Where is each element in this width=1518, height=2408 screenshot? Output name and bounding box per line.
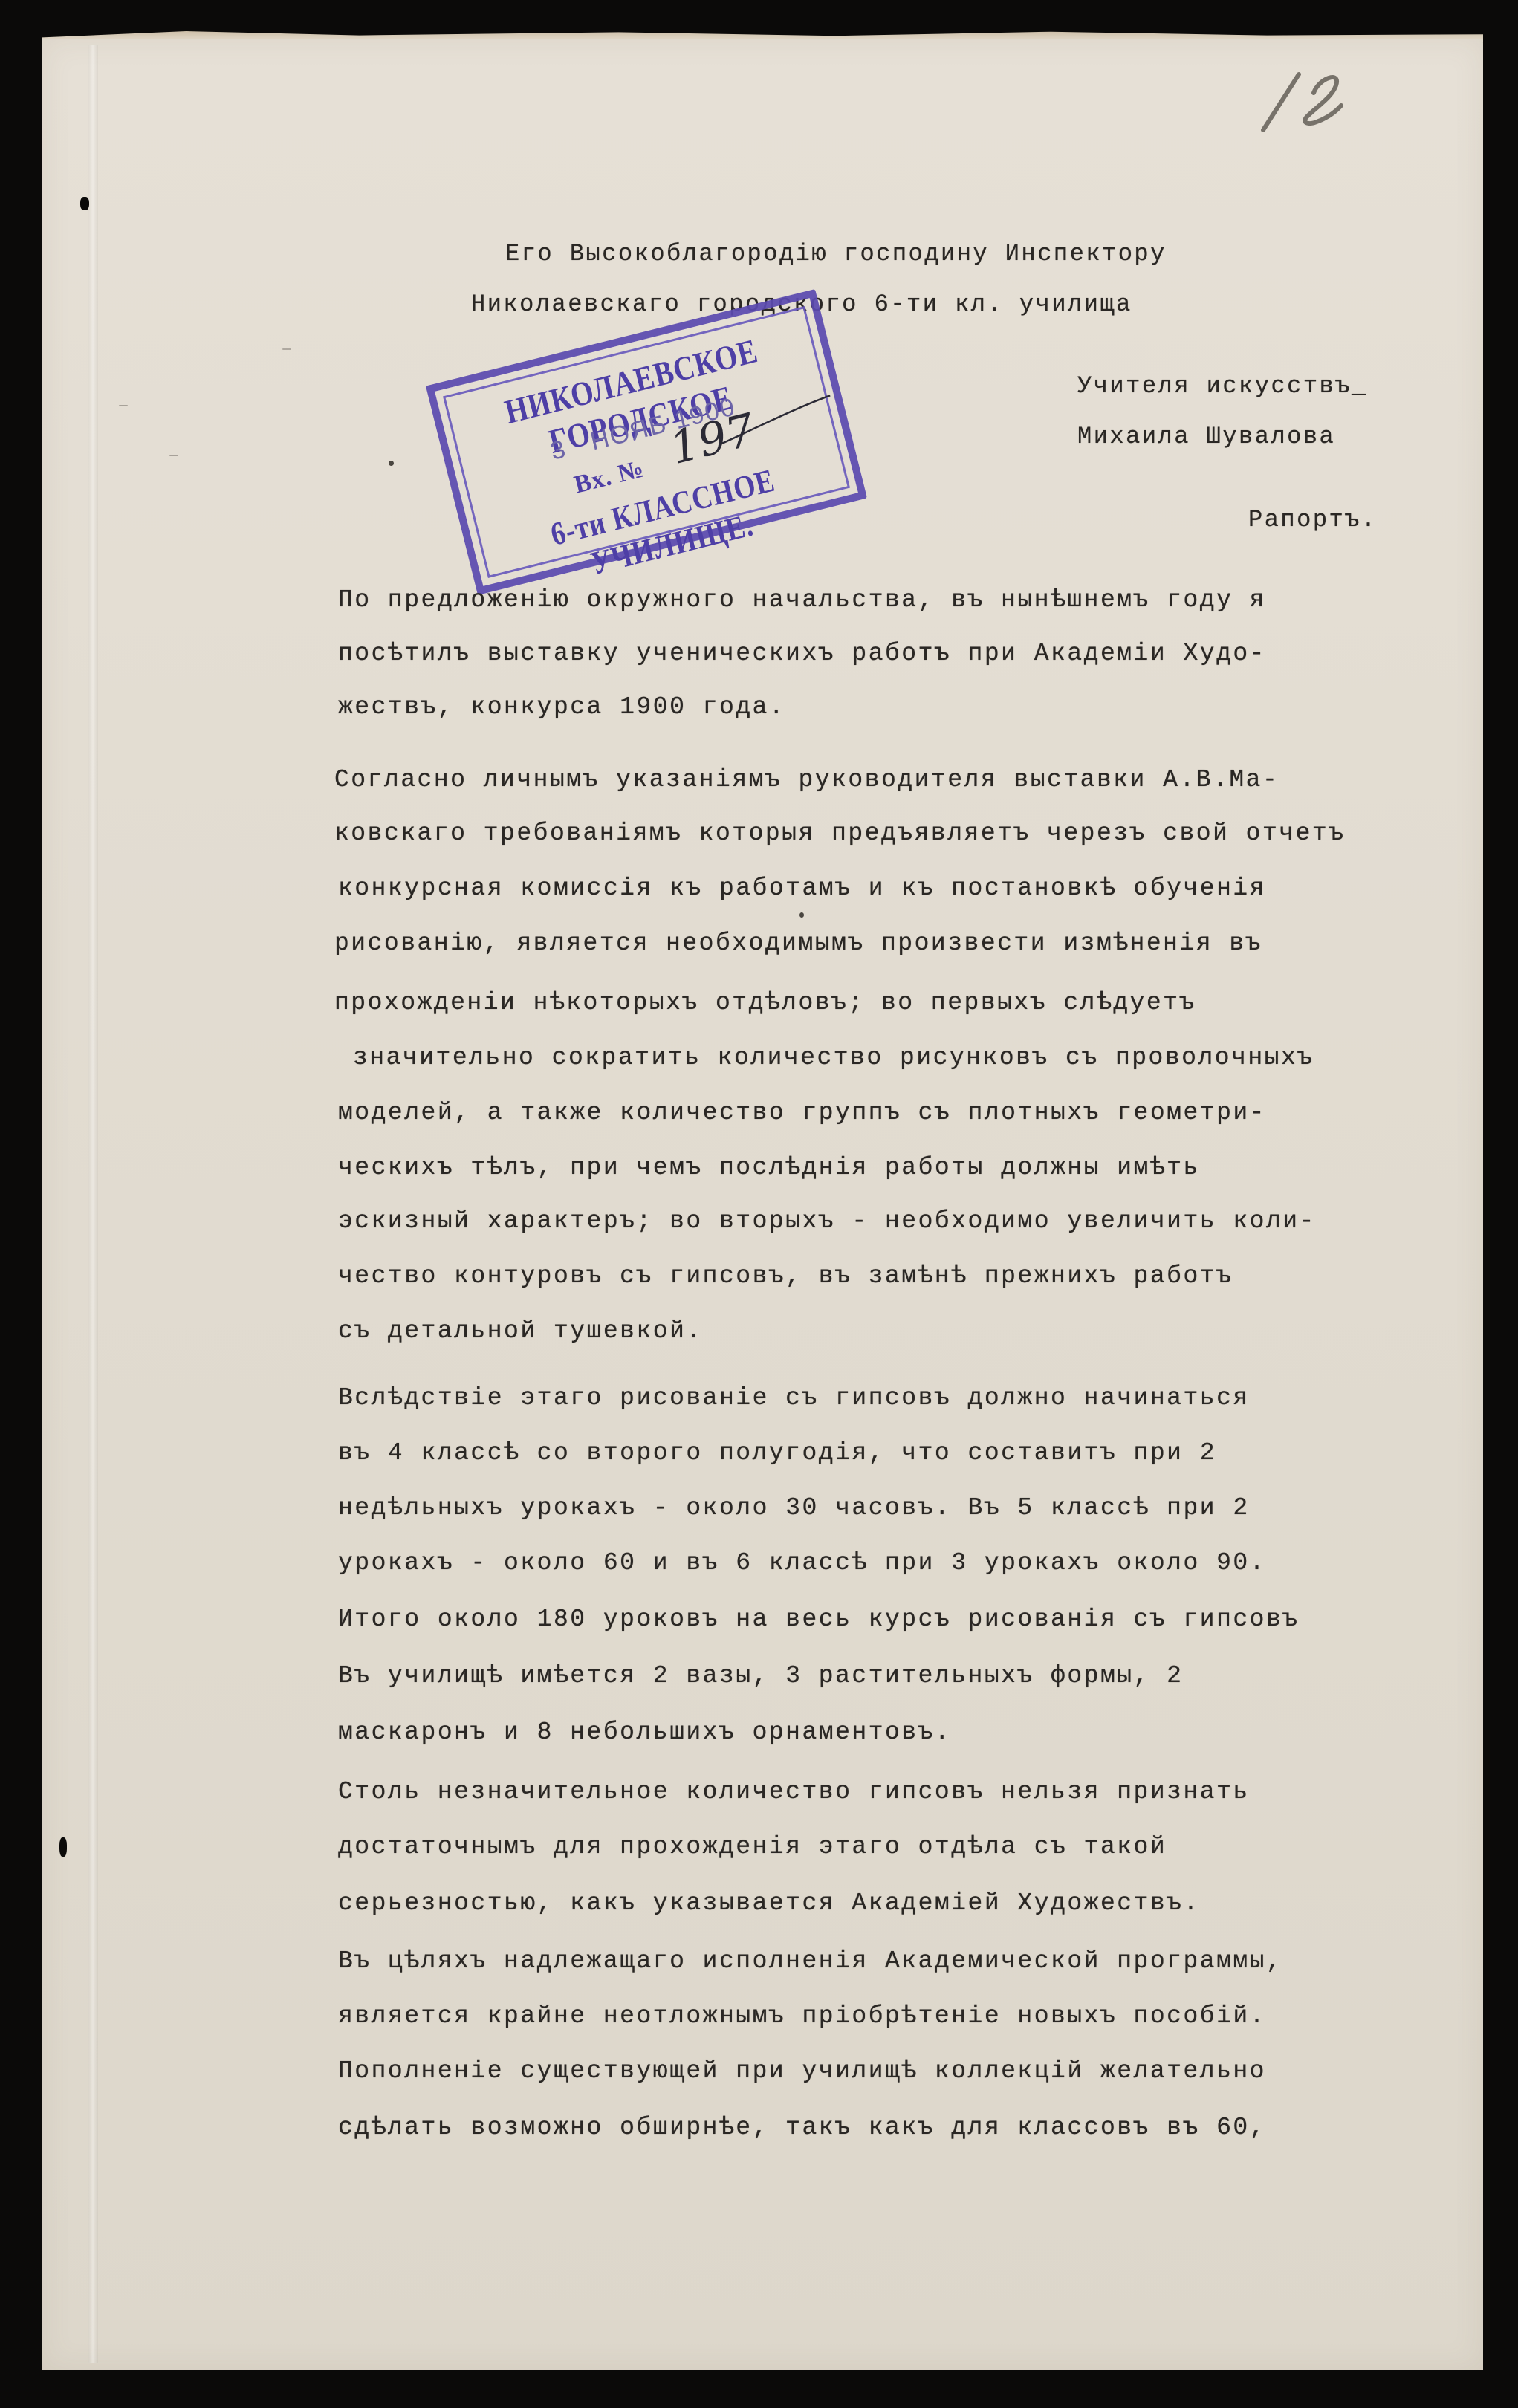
body-line: достаточнымъ для прохожденія этаго отдѣл… [338, 1832, 1167, 1862]
body-line: По предложенію окружного начальства, въ … [338, 585, 1266, 615]
body-line: сдѣлать возможно обширнѣе, такъ какъ для… [338, 2113, 1266, 2143]
ink-speck [799, 912, 804, 918]
body-line: Вслѣдствіе этаго рисованіе съ гипсовъ до… [338, 1383, 1250, 1413]
body-line: эскизный характеръ; во вторыхъ - необход… [338, 1207, 1316, 1236]
folio-number: 12 [1248, 59, 1352, 141]
ink-speck [169, 455, 178, 456]
body-line: чество контуровъ съ гипсовъ, въ замѣнѣ п… [338, 1262, 1233, 1291]
sender-title: Учителя искусствъ_ [1077, 371, 1368, 401]
body-line: моделей, а также количество группъ съ пл… [338, 1098, 1266, 1128]
stamp-date-day: 3 [548, 435, 569, 466]
body-line: жествъ, конкурса 1900 года. [338, 692, 785, 722]
body-line: Итого около 180 уроковъ на весь курсъ ри… [338, 1605, 1300, 1635]
ink-speck [389, 461, 394, 466]
body-line: является крайне неотложнымъ пріобрѣтеніе… [338, 2002, 1266, 2031]
body-line: съ детальной тушевкой. [338, 1317, 703, 1346]
body-line: прохожденіи нѣкоторыхъ отдѣловъ; во перв… [334, 988, 1196, 1018]
body-line: посѣтилъ выставку ученическихъ работъ пр… [338, 639, 1266, 669]
body-line: Согласно личнымъ указаніямъ руководителя… [334, 765, 1279, 795]
body-line: Столь незначительное количество гипсовъ … [338, 1777, 1250, 1807]
body-line: значительно сократить количество рисунко… [353, 1043, 1314, 1073]
ink-speck [119, 405, 128, 406]
body-line: рисованію, является необходимымъ произве… [334, 929, 1262, 958]
body-line: Въ училищѣ имѣется 2 вазы, 3 растительны… [338, 1661, 1183, 1691]
body-line: урокахъ - около 60 и въ 6 классѣ при 3 у… [338, 1548, 1266, 1578]
body-line: Пополненіе существующей при училищѣ колл… [338, 2057, 1266, 2086]
body-line: ковскаго требованіямъ которыя предъявляе… [334, 819, 1346, 848]
page-fold [88, 45, 98, 2363]
body-line: маскаронъ и 8 небольшихъ орнаментовъ. [338, 1718, 951, 1747]
sender-name: Михаила Шувалова [1077, 422, 1335, 452]
body-line: Въ цѣляхъ надлежащаго исполненія Академи… [338, 1947, 1282, 1976]
binding-hole-icon [59, 1837, 67, 1857]
body-line: конкурсная комиссія къ работамъ и къ пос… [338, 874, 1266, 903]
ink-speck [282, 348, 291, 350]
addressee-line-1: Его Высокоблагородію господину Инспектор… [505, 239, 1167, 269]
binding-hole-icon [80, 197, 89, 210]
body-line: въ 4 классѣ со второго полугодія, что со… [338, 1438, 1216, 1468]
body-line: ческихъ тѣлъ, при чемъ послѣднія работы … [338, 1153, 1200, 1183]
body-line: недѣльныхъ урокахъ - около 30 часовъ. Въ… [338, 1493, 1250, 1523]
body-line: серьезностью, какъ указывается Академіей… [338, 1889, 1200, 1918]
document-title: Рапортъ. [1248, 505, 1378, 535]
